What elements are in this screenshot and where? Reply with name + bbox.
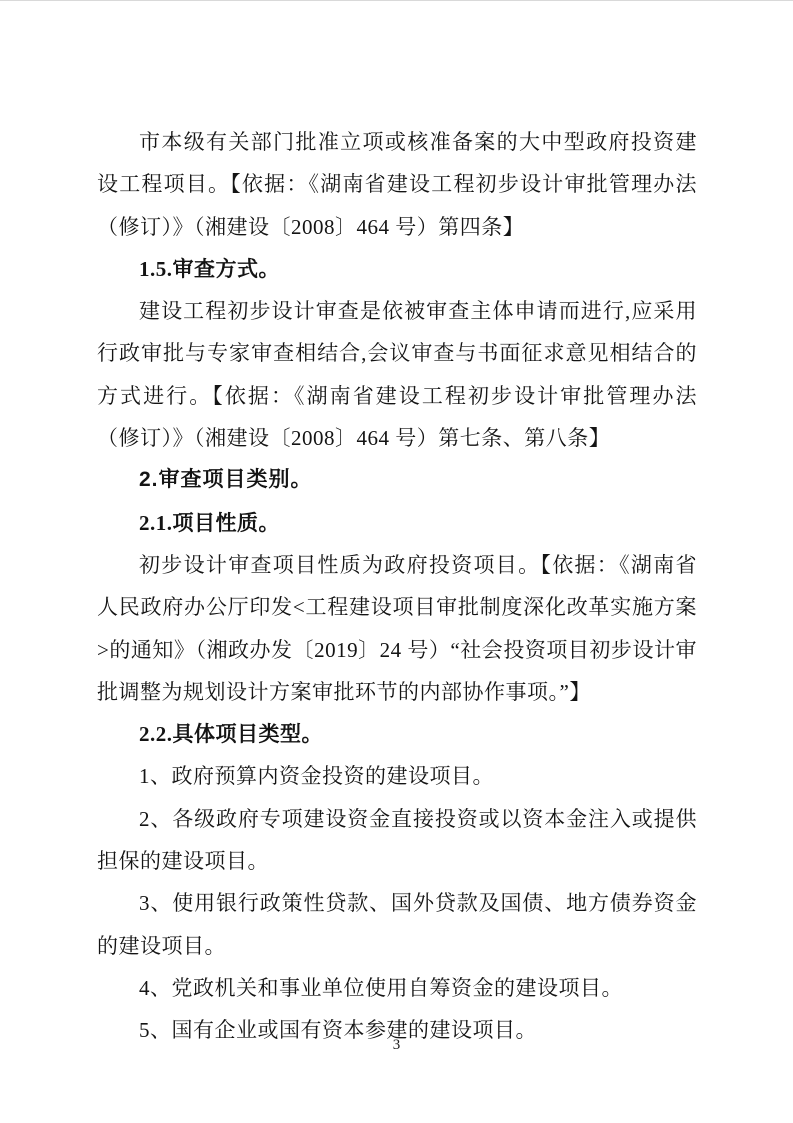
section-heading-2: 2.审查项目类别。 <box>97 459 697 501</box>
paragraph-review-method: 建设工程初步设计审查是依被审查主体申请而进行,应采用行政审批与专家审查相结合,会… <box>97 290 697 459</box>
document-page: 市本级有关部门批准立项或核准备案的大中型政府投资建设工程项目。【依据：《湖南省建… <box>0 0 793 1123</box>
list-item-1: 1、政府预算内资金投资的建设项目。 <box>97 755 697 797</box>
paragraph-project-nature: 初步设计审查项目性质为政府投资项目。【依据：《湖南省人民政府办公厅印发<工程建设… <box>97 544 697 713</box>
paragraph-approval-scope: 市本级有关部门批准立项或核准备案的大中型政府投资建设工程项目。【依据：《湖南省建… <box>97 121 697 248</box>
page-number: 3 <box>0 1037 793 1054</box>
document-body: 市本级有关部门批准立项或核准备案的大中型政府投资建设工程项目。【依据：《湖南省建… <box>97 121 697 1052</box>
section-heading-2-2: 2.2.具体项目类型。 <box>97 713 697 755</box>
section-heading-1-5: 1.5.审查方式。 <box>97 248 697 290</box>
list-item-4: 4、党政机关和事业单位使用自筹资金的建设项目。 <box>97 967 697 1009</box>
list-item-3: 3、使用银行政策性贷款、国外贷款及国债、地方债券资金的建设项目。 <box>97 882 697 967</box>
section-heading-2-1: 2.1.项目性质。 <box>97 502 697 544</box>
list-item-2: 2、各级政府专项建设资金直接投资或以资本金注入或提供担保的建设项目。 <box>97 798 697 883</box>
